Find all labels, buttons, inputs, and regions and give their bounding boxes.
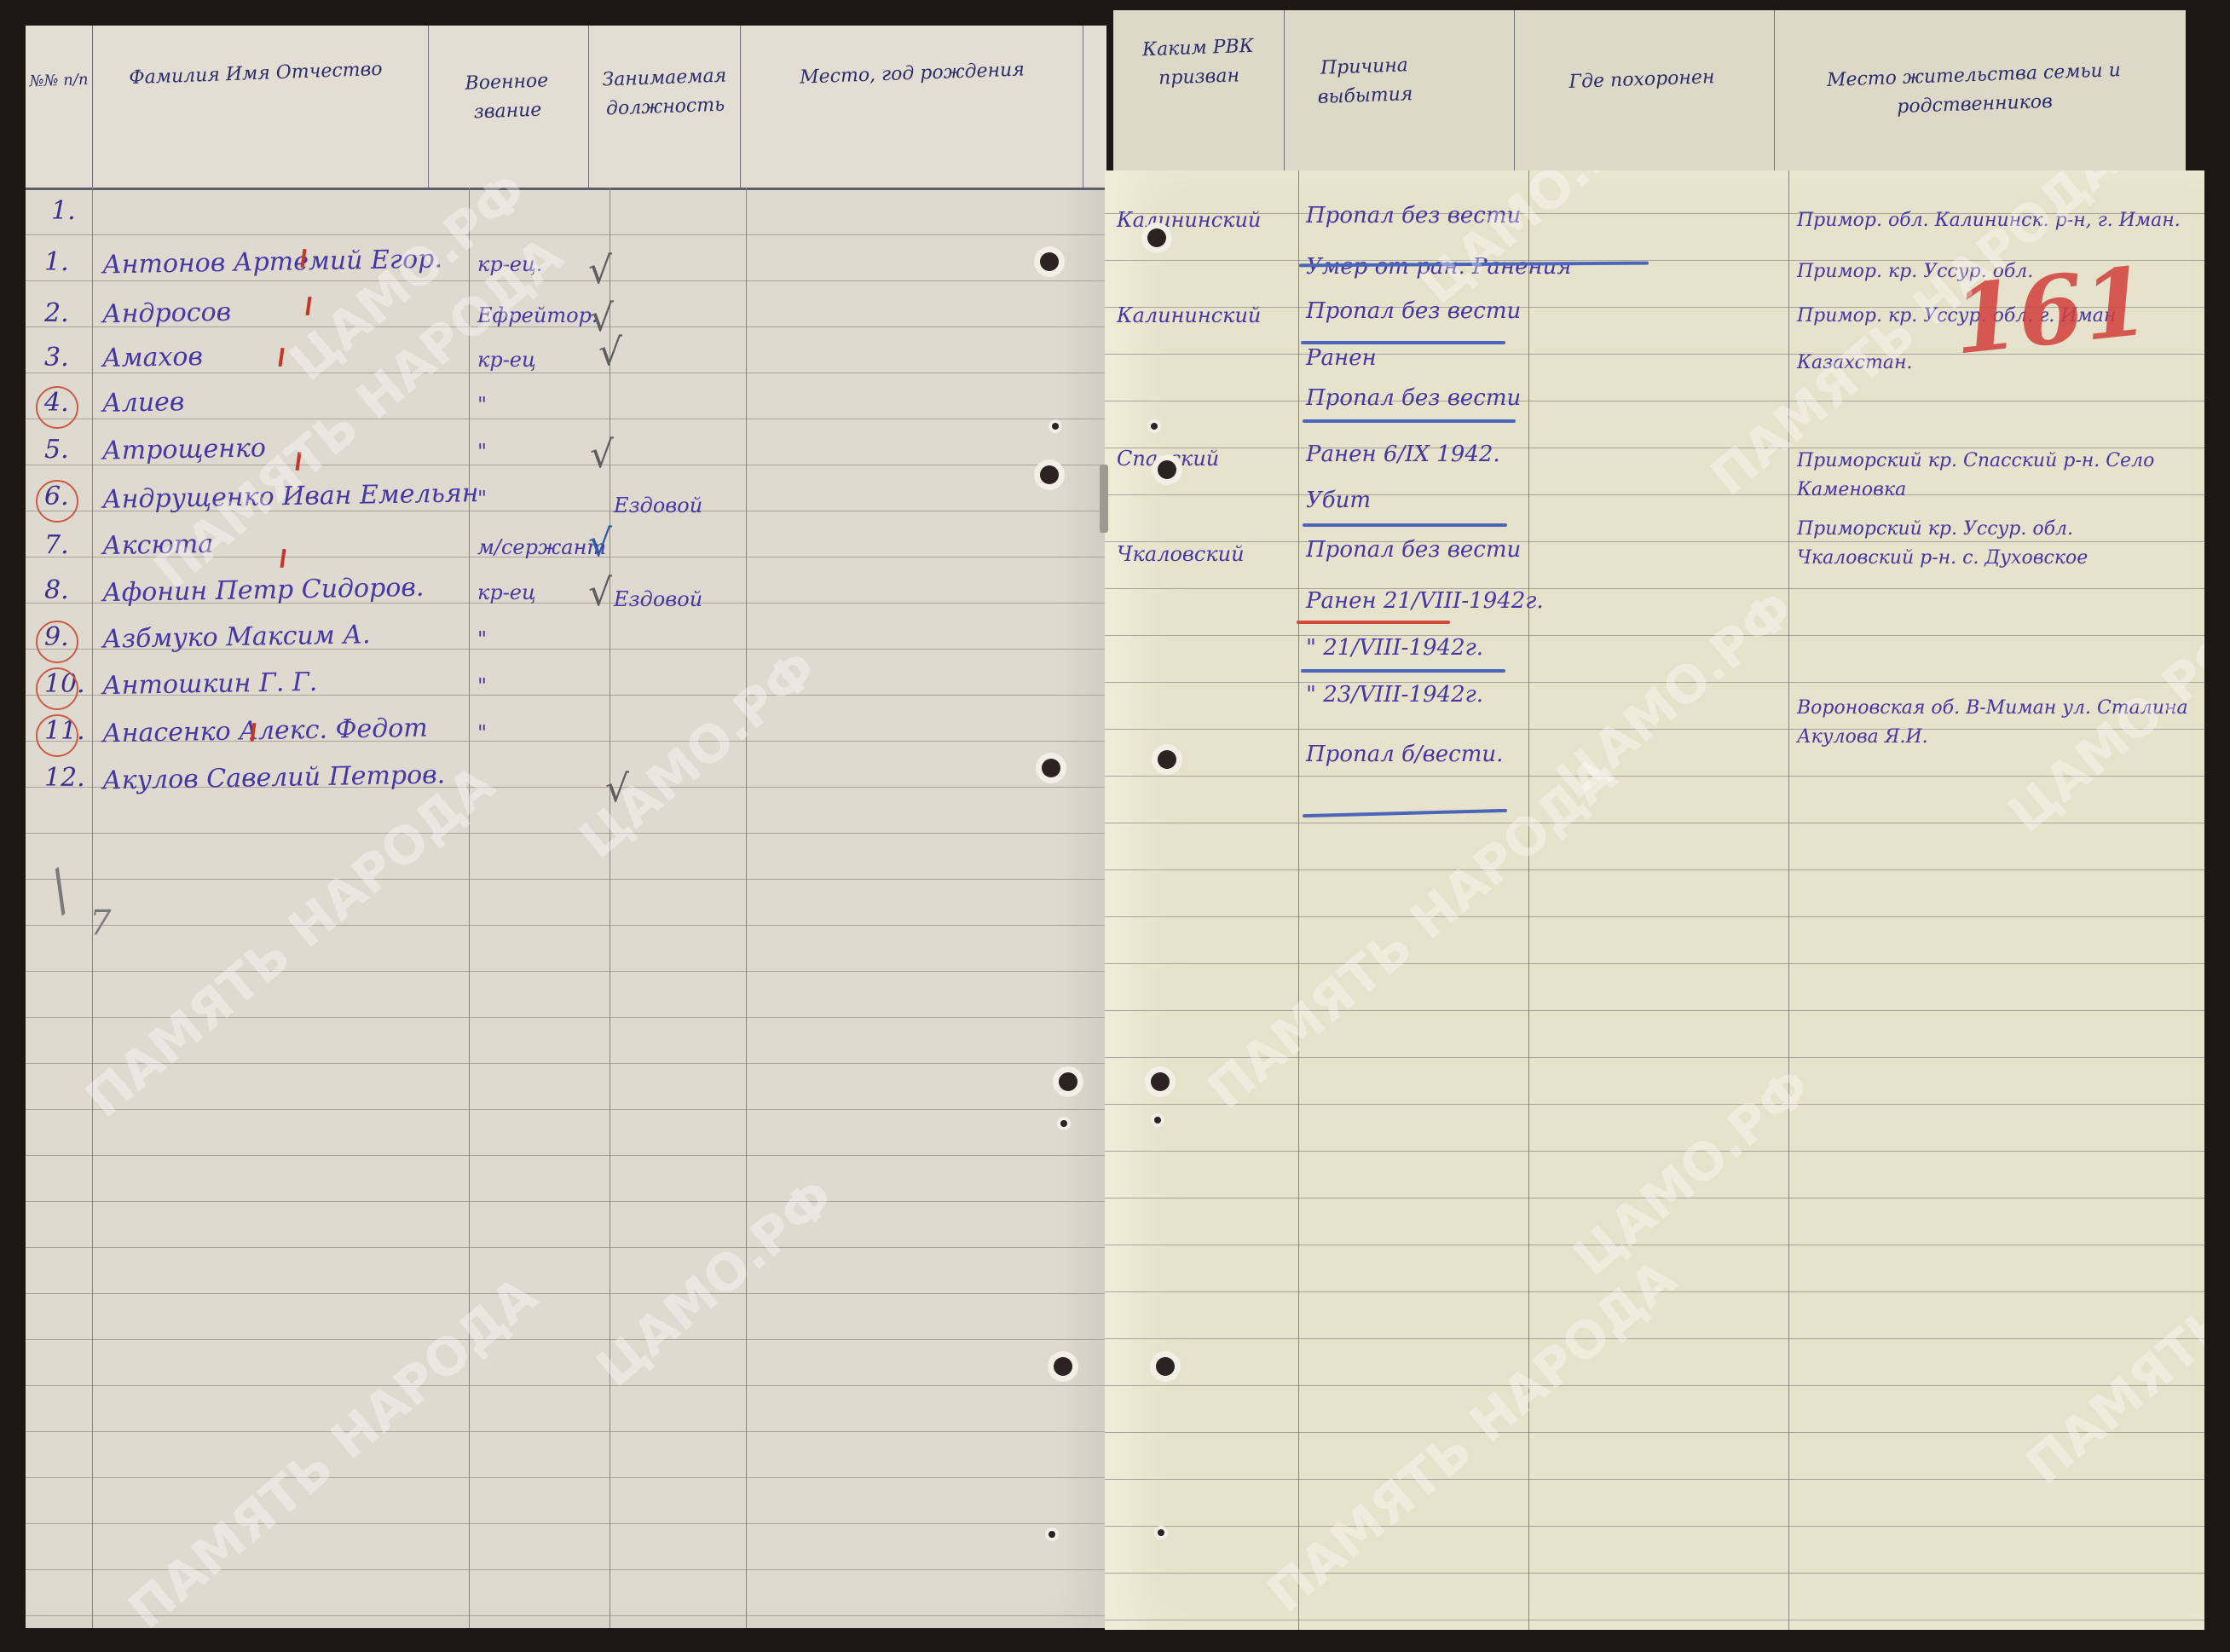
pencil-note: 7 <box>90 904 111 943</box>
ruled-line <box>26 373 1106 373</box>
left-page: №№ п/п Фамилия Имя Отчество Военное зван… <box>26 26 1106 1628</box>
ruled-line <box>1105 401 2204 401</box>
record-name: Акулов Савелий Петров. <box>102 760 446 795</box>
record-name: Азбмуко Максим А. <box>102 620 371 654</box>
ruled-line <box>26 925 1106 926</box>
left-col-divider <box>469 188 470 1628</box>
pencil-slash: / <box>36 862 84 921</box>
record-name: Алиев <box>102 387 185 419</box>
right-col-divider <box>1298 170 1299 1630</box>
record-name: Амахов <box>102 342 204 373</box>
record-name: Атрощенко <box>102 433 267 465</box>
record-reason: Ранен <box>1306 345 1377 371</box>
red-tick-mark <box>280 549 286 568</box>
record-rank: " <box>477 627 487 651</box>
red-circle-mark <box>36 480 78 523</box>
record-residence: Приморский кр. Спасский р-н. Село Камено… <box>1797 447 2189 505</box>
red-circle-mark <box>36 667 78 710</box>
blue-underline <box>1303 419 1516 423</box>
record-residence: Приморский кр. Уссур. обл. Чкаловский р-… <box>1797 515 2189 573</box>
record-name: Антошкин Г. Г. <box>102 667 318 701</box>
ruled-line <box>1105 1385 2204 1386</box>
watermark: ПАМЯТЬ НАРОДА <box>118 1266 549 1628</box>
record-rank: " <box>477 674 487 698</box>
ruled-line <box>1105 1010 2204 1011</box>
ruled-line <box>26 1615 1106 1616</box>
section-marker: 1. <box>51 196 76 226</box>
ruled-line <box>1105 1620 2204 1620</box>
red-circle-mark <box>36 714 78 757</box>
punch-hole <box>1158 750 1176 769</box>
ruled-line <box>26 1109 1106 1110</box>
ruled-line <box>26 419 1106 419</box>
watermark: ПАМЯТЬ НАРОДА <box>75 754 506 1129</box>
header-col-rank: Военное звание <box>442 66 572 128</box>
punch-hole <box>1154 1117 1161 1123</box>
record-rank: кр-ец <box>477 581 536 604</box>
header-col-reason: Причина выбытия <box>1296 50 1434 113</box>
record-position: Ездовой <box>614 587 702 611</box>
punch-hole <box>1158 1529 1164 1536</box>
record-reason: Ранен 21/VIII-1942г. <box>1306 588 1544 614</box>
record-reason: Пропал без вести <box>1306 385 1521 411</box>
ruled-line <box>26 1247 1106 1248</box>
header-col-name: Фамилия Имя Отчество <box>119 55 393 93</box>
record-rvk: Чкаловский <box>1117 542 1245 566</box>
ruled-line <box>1105 1104 2204 1105</box>
watermark: ПАМЯТЬ НАРОДА <box>1197 746 1628 1121</box>
ruled-line <box>1105 1338 2204 1339</box>
ruled-line <box>26 234 1106 235</box>
left-col-divider <box>746 188 747 1628</box>
watermark: ПАМЯТЬ НАРОДА <box>1257 1249 1688 1624</box>
record-name: Афонин Петр Сидоров. <box>102 573 425 609</box>
record-number: 5. <box>44 435 69 465</box>
watermark: ПАМЯТЬ НАРОДА <box>2015 1121 2204 1496</box>
watermark: ЦАМО.РФ <box>1409 170 1669 316</box>
record-number: 1. <box>44 247 69 277</box>
binding-staple <box>1100 465 1108 533</box>
header-col-rvk: Каким РВК призван <box>1117 32 1280 95</box>
record-rank: " <box>477 440 487 464</box>
check-mark-icon: √ <box>588 522 612 565</box>
watermark: ЦАМО.РФ <box>1563 1056 1823 1288</box>
punch-hole <box>1158 460 1176 479</box>
record-number: 3. <box>44 343 69 373</box>
record-rvk: Калининский <box>1117 208 1261 232</box>
ruled-line <box>26 280 1106 281</box>
red-tick-mark <box>305 297 311 315</box>
right-page: КалининскийПропал без вестиПримор. обл. … <box>1105 170 2204 1630</box>
ruled-line <box>1105 916 2204 917</box>
punch-hole <box>1052 423 1059 430</box>
punch-hole <box>1040 465 1059 484</box>
punch-hole <box>1151 423 1158 430</box>
ruled-line <box>1105 1151 2204 1152</box>
header-col-burial: Где похоронен <box>1556 63 1727 98</box>
blue-underline <box>1303 523 1507 527</box>
punch-hole <box>1040 252 1059 271</box>
header-col-position: Занимаемая должность <box>600 61 730 124</box>
record-number: 7. <box>44 530 69 560</box>
record-reason: Ранен 6/IX 1942. <box>1306 442 1500 467</box>
punch-hole <box>1060 1120 1067 1127</box>
record-position: Ездовой <box>614 494 702 517</box>
ruled-line <box>26 1155 1106 1156</box>
ruled-line <box>1105 1526 2204 1527</box>
ruled-line <box>1105 869 2204 870</box>
record-number: 12. <box>44 763 85 793</box>
header-col-birth: Место, год рождения <box>750 54 1075 94</box>
blue-underline <box>1301 669 1505 673</box>
punch-hole <box>1049 1531 1055 1538</box>
blue-underline <box>1301 341 1505 344</box>
record-reason: Пропал без вести <box>1306 298 1521 324</box>
check-mark-icon: √ <box>598 331 622 374</box>
watermark: ЦАМО.РФ <box>569 638 829 870</box>
punch-hole <box>1151 1072 1170 1091</box>
right-table-header: Каким РВК призван Причина выбытия Где по… <box>1113 10 2186 188</box>
left-table-header: №№ п/п Фамилия Имя Отчество Военное зван… <box>26 26 1106 190</box>
check-mark-icon: √ <box>588 571 612 615</box>
red-underline <box>1297 621 1450 624</box>
record-rank: " <box>477 487 487 511</box>
ruled-line <box>26 1523 1106 1524</box>
record-reason: Убит <box>1306 488 1371 513</box>
check-mark-icon: √ <box>590 433 614 477</box>
ruled-line <box>26 879 1106 880</box>
punch-hole <box>1147 228 1166 247</box>
ruled-line <box>26 1201 1106 1202</box>
record-rank: " <box>477 721 487 745</box>
header-col-residence: Место жительства семьи и родственников <box>1794 55 2154 126</box>
record-number: 2. <box>44 298 69 328</box>
ruled-line <box>26 833 1106 834</box>
punch-hole <box>1042 759 1060 777</box>
header-col-number: №№ п/п <box>28 66 89 96</box>
red-circle-mark <box>36 386 78 429</box>
record-number: 8. <box>44 575 69 605</box>
blue-underline <box>1303 809 1507 817</box>
record-rank: м/сержант <box>477 535 606 559</box>
ruled-line <box>1105 635 2204 636</box>
ruled-line <box>26 1339 1106 1340</box>
record-name: Анасенко Алекс. Федот <box>102 713 428 749</box>
ruled-line <box>26 971 1106 972</box>
left-col-divider <box>609 188 610 1628</box>
record-reason: " 23/VIII-1942г. <box>1306 682 1483 708</box>
ruled-line <box>1105 1245 2204 1245</box>
ruled-line <box>26 1385 1106 1386</box>
ruled-line <box>26 1431 1106 1432</box>
record-rank: " <box>477 393 487 417</box>
punch-hole <box>1054 1357 1072 1376</box>
punch-hole <box>1059 1072 1077 1091</box>
record-reason: Пропал без вести <box>1306 537 1521 563</box>
ruled-line <box>1105 588 2204 589</box>
record-rank: кр-ец <box>477 348 536 372</box>
record-reason: Пропал б/вести. <box>1306 742 1503 767</box>
ruled-line <box>26 465 1106 465</box>
record-rvk: Калининский <box>1117 303 1261 327</box>
record-reason: " 21/VIII-1942г. <box>1306 635 1483 661</box>
record-name: Андросов <box>102 297 232 330</box>
check-mark-icon: √ <box>588 249 612 292</box>
ruled-line <box>26 1477 1106 1478</box>
ruled-line <box>1105 963 2204 964</box>
punch-hole <box>1156 1357 1175 1376</box>
red-circle-mark <box>36 621 78 663</box>
ruled-line <box>26 1293 1106 1294</box>
